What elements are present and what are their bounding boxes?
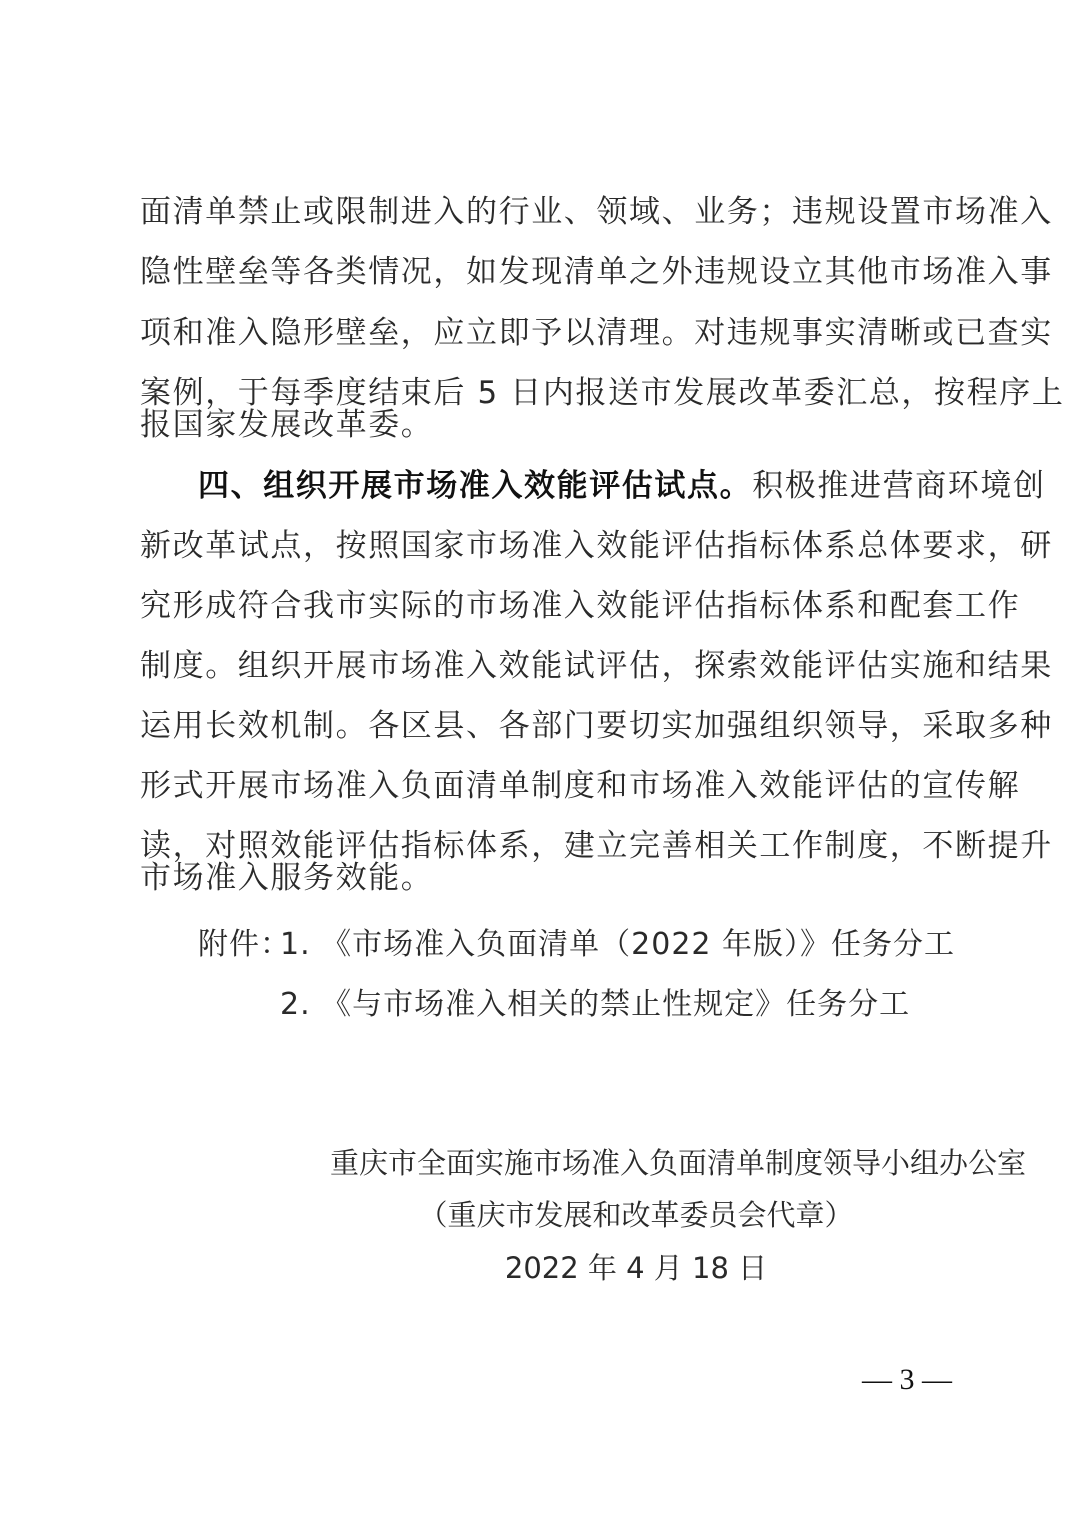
issue-date: 2022 年 4 月 18 日 [330,1248,942,1288]
seal-note: （重庆市发展和改革委员会代章） [330,1195,942,1235]
attachment-item-2: 2. 《与市场准入相关的禁止性规定》任务分工 [280,985,910,1025]
body-line-last: 报国家发展改革委。 [140,405,940,445]
page-number: — 3 — [862,1362,952,1398]
section-4-first-line: 四、组织开展市场准入效能评估试点。积极推进营商环境创 [198,466,940,506]
body-line: 新改革试点，按照国家市场准入效能评估指标体系总体要求，研 [140,526,940,566]
body-line-text: 市场准入服务效能。 [140,860,433,896]
body-line: 运用长效机制。各区县、各部门要切实加强组织领导，采取多种 [140,706,940,746]
body-line: 制度。组织开展市场准入效能试评估，探索效能评估实施和结果 [140,646,940,686]
body-line-last: 市场准入服务效能。 [140,858,940,898]
section-4-heading: 四、组织开展市场准入效能评估试点。 [198,468,752,504]
body-line: 形式开展市场准入负面清单制度和市场准入效能评估的宣传解 [140,766,940,806]
body-line: 隐性壁垒等各类情况，如发现清单之外违规设立其他市场准入事 [140,252,940,292]
issuing-office: 重庆市全面实施市场准入负面清单制度领导小组办公室 [330,1143,942,1183]
attachment-label: 附件： [198,925,291,965]
body-line: 究形成符合我市实际的市场准入效能评估指标体系和配套工作 [140,586,940,626]
body-line: 面清单禁止或限制进入的行业、领域、业务；违规设置市场准入 [140,192,940,232]
section-4-text: 积极推进营商环境创 [752,468,1045,504]
body-line-text: 报国家发展改革委。 [140,407,433,443]
attachment-item-1: 1. 《市场准入负面清单（2022 年版）》任务分工 [280,925,955,965]
body-line: 项和准入隐形壁垒，应立即予以清理。对违规事实清晰或已查实 [140,313,940,353]
